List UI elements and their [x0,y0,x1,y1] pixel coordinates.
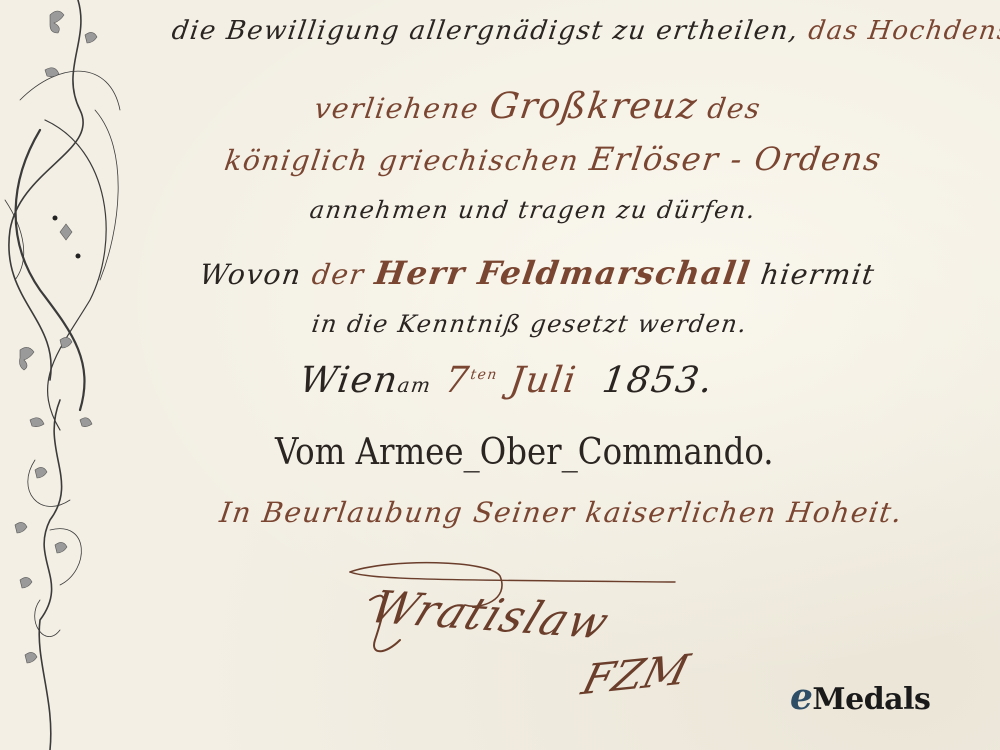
text-verliehene: verliehene [312,92,481,125]
text-hiermit: hiermit [759,258,878,291]
text-day: 7 [442,360,472,401]
text-bewilligung: die Bewilligung allergnädigst zu ertheil… [170,16,801,46]
emedals-watermark-logo: eMedals [790,676,930,718]
text-grosskreuz: Großkreuz [487,86,700,127]
text-line-3: königlich griechischen Erlöser - Ordens [222,140,884,178]
text-koeniglich-griechischen: königlich griechischen [222,144,581,177]
text-herr-feldmarschall: Herr Feldmarschall [372,254,753,292]
text-line-5: Wovon der Herr Feldmarschall hiermit [197,254,878,292]
text-erloeser-ordens: Erlöser - Ordens [587,140,884,178]
text-day-suffix: ten [469,367,499,383]
text-hochdenselb: das Hochdenselb [806,16,1000,46]
text-line-6: in die Kenntniß gesetzt werden. [310,310,749,338]
text-line-9: In Beurlaubung Seiner kaiserlichen Hohei… [218,496,905,529]
text-line-4: annehmen und tragen zu dürfen. [308,196,758,224]
text-city: Wien [297,360,401,401]
text-month: Juli [507,360,579,401]
watermark-prefix: e [790,676,812,718]
text-year: 1853. [600,360,716,401]
text-line-1: die Bewilligung allergnädigst zu ertheil… [170,16,1000,46]
watermark-brand: Medals [812,682,930,717]
issuer-heading: Vom Armee_Ober_Commando. [275,432,774,473]
text-line-2: verliehene Großkreuz des [312,86,764,127]
calligraphic-border-ornament-icon [0,0,150,750]
text-der: der [310,258,367,291]
text-am: am [396,373,433,397]
document-page: die Bewilligung allergnädigst zu ertheil… [0,0,1000,750]
text-des: des [705,92,763,125]
text-wovon: Wovon [197,258,304,291]
date-line: Wienam 7ten Juli 1853. [297,360,716,401]
